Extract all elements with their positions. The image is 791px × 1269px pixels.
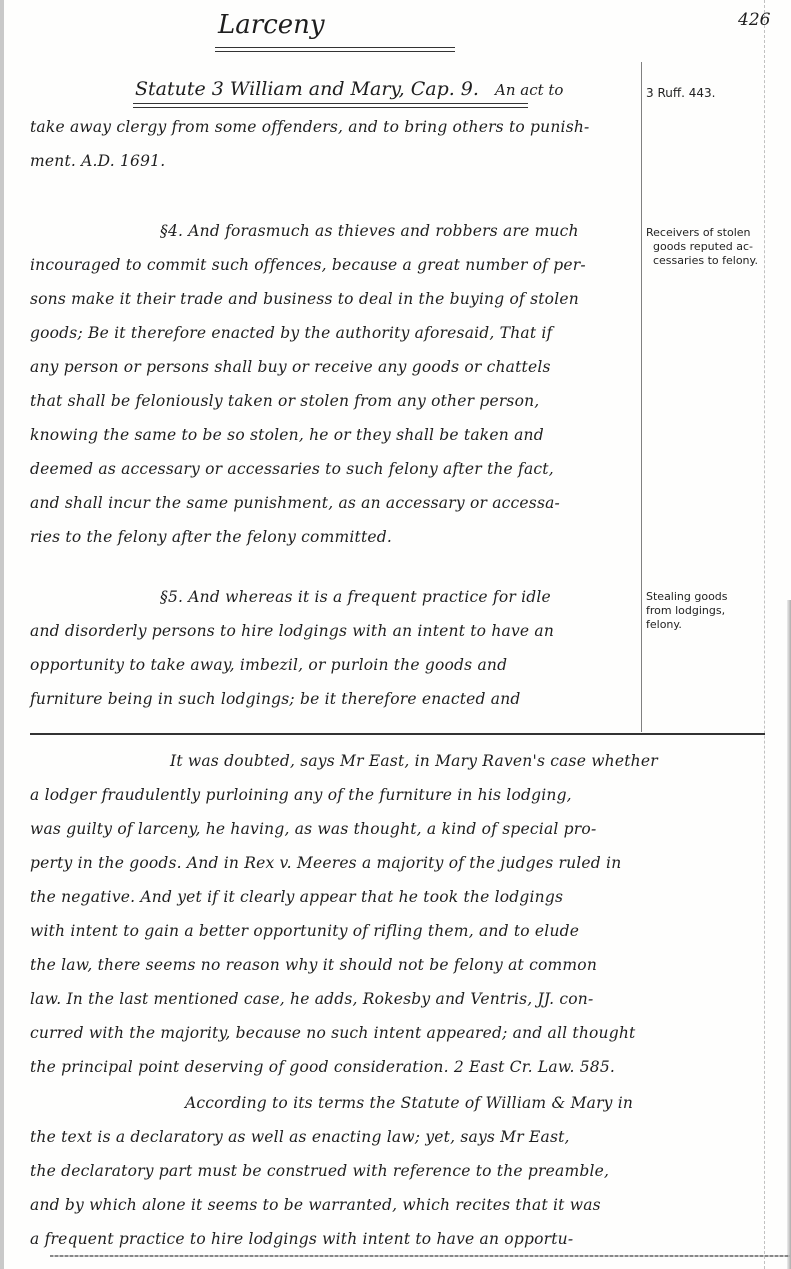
statute-line: take away clergy from some offenders, an… [30,118,589,136]
manuscript-page: Larceny 426 Statute 3 William and Mary, … [0,0,791,1269]
section4-line: and shall incur the same punishment, as … [30,494,560,512]
margin-note-lodgings: Stealing goods from lodgings, felony. [646,590,728,632]
statute-heading-title: Statute 3 William and Mary, Cap. 9. [135,78,479,100]
commentary-line: a frequent practice to hire lodgings wit… [30,1230,573,1248]
section4-line: incouraged to commit such offences, beca… [30,256,586,274]
commentary-line: the text is a declaratory as well as ena… [30,1128,570,1146]
margin-column-rule [641,62,642,732]
section4-line: ries to the felony after the felony comm… [30,528,392,546]
commentary-line: and by which alone it seems to be warran… [30,1196,601,1214]
page-number: 426 [738,10,770,30]
section-divider-rule [30,733,765,735]
section4-line: deemed as accessary or accessaries to su… [30,460,554,478]
section5-line: and disorderly persons to hire lodgings … [30,622,554,640]
commentary-line: the negative. And yet if it clearly appe… [30,888,563,906]
statute-heading-tail: An act to [495,81,563,99]
commentary-line: the declaratory part must be construed w… [30,1162,609,1180]
scan-left-edge [0,0,4,1269]
page-title: Larceny [218,10,325,40]
commentary-line: law. In the last mentioned case, he adds… [30,990,593,1008]
commentary-line: a lodger fraudulently purloining any of … [30,786,572,804]
commentary-line: curred with the majority, because no suc… [30,1024,635,1042]
section5-line: furniture being in such lodgings; be it … [30,690,521,708]
commentary-line: It was doubted, says Mr East, in Mary Ra… [170,752,658,770]
statute-line: ment. A.D. 1691. [30,152,165,170]
section4-line: sons make it their trade and business to… [30,290,579,308]
section4-line: §4. And forasmuch as thieves and robbers… [160,222,579,240]
section4-line: any person or persons shall buy or recei… [30,358,551,376]
commentary-line: perty in the goods. And in Rex v. Meeres… [30,854,621,872]
commentary-line: According to its terms the Statute of Wi… [185,1094,633,1112]
dotted-margin-rule [764,0,765,1269]
margin-citation: 3 Ruff. 443. [646,86,715,100]
title-underline [215,47,455,52]
section5-line: opportunity to take away, imbezil, or pu… [30,656,507,674]
commentary-line: the principal point deserving of good co… [30,1058,615,1076]
commentary-line: the law, there seems no reason why it sh… [30,956,597,974]
margin-note-receivers: Receivers of stolen goods reputed ac- ce… [646,226,758,268]
section5-line: §5. And whereas it is a frequent practic… [160,588,551,606]
scan-right-edge [787,600,791,1269]
commentary-line: with intent to gain a better opportunity… [30,922,579,940]
commentary-line: was guilty of larceny, he having, as was… [30,820,596,838]
section4-line: knowing the same to be so stolen, he or … [30,426,544,444]
section4-line: goods; Be it therefore enacted by the au… [30,324,552,342]
statute-heading: Statute 3 William and Mary, Cap. 9. An a… [135,78,563,100]
page-bottom-edge [50,1255,790,1257]
statute-underline [133,103,528,108]
section4-line: that shall be feloniously taken or stole… [30,392,539,410]
